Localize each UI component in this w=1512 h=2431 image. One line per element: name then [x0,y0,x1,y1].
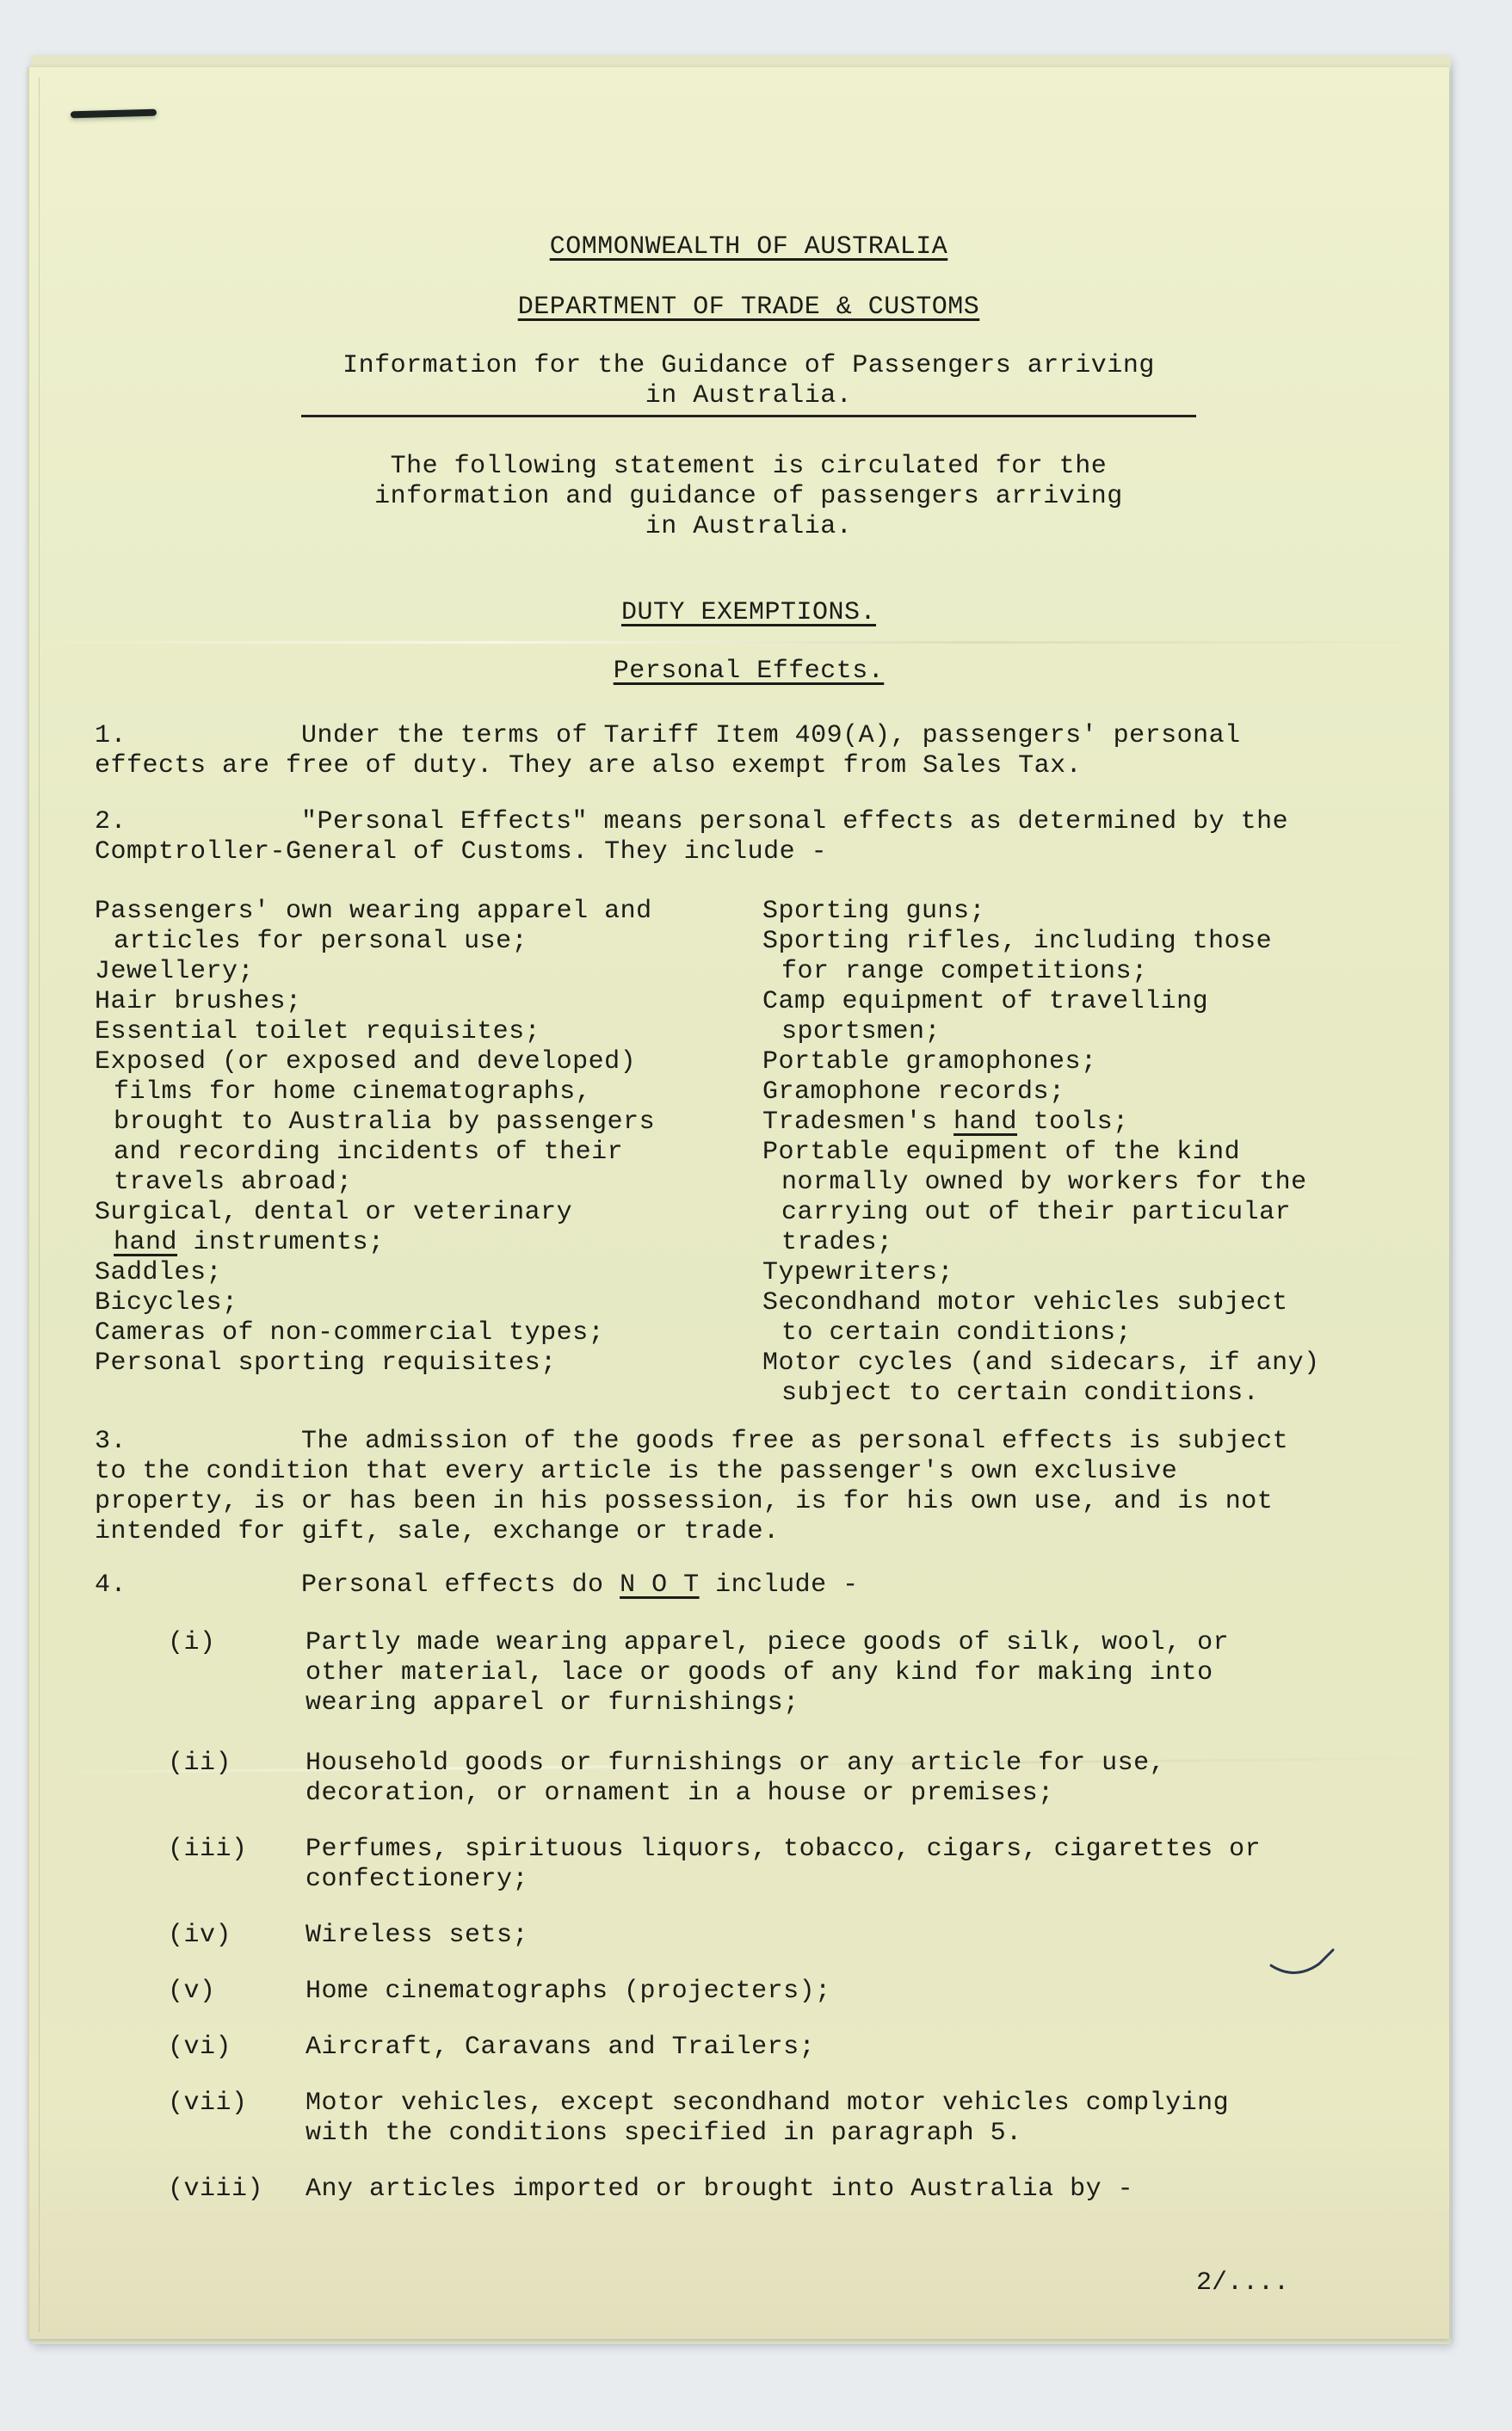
item-text-continued: for range competitions; [762,957,1416,987]
roman-numeral: (vi) [168,2033,305,2063]
paragraph-text: to the condition that every article is t… [95,1457,1403,1487]
excluded-item-text: Aircraft, Caravans and Trailers; [305,2033,1407,2063]
item-text-continued: travels abroad; [95,1168,766,1198]
line: confectionery; [305,1865,1407,1895]
roman-numeral: (viii) [168,2175,305,2205]
list-item: Sporting guns; [762,897,1416,927]
list-item: Cameras of non-commercial types; [95,1318,766,1348]
paragraph-number: 4. [95,1570,301,1601]
department-heading: DEPARTMENT OF TRADE & CUSTOMS [518,293,980,322]
item-text-continued: subject to certain conditions. [762,1379,1416,1409]
list-item: Surgical, dental or veterinary hand inst… [95,1198,766,1258]
item-text: Secondhand motor vehicles subject [762,1288,1288,1317]
excluded-item-text: Wireless sets; [305,1921,1407,1951]
underlined-word: hand [114,1228,177,1257]
list-item: Hair brushes; [95,987,766,1017]
intro-line-3: in Australia. [95,512,1403,542]
line: Partly made wearing apparel, piece goods… [305,1628,1407,1658]
item-text: Exposed (or exposed and developed) [95,1047,636,1077]
item-text: Gramophone records; [762,1077,1065,1107]
roman-numeral: (i) [168,1628,305,1718]
item-text: Essential toilet requisites; [95,1017,540,1046]
roman-numeral: (ii) [168,1749,305,1809]
item-text-continued: articles for personal use; [95,927,766,957]
roman-numeral: (v) [168,1977,305,2007]
intro-line-1: The following statement is circulated fo… [95,452,1403,482]
item-text: Hair brushes; [95,987,302,1016]
paragraph-text: "Personal Effects" means personal effect… [301,807,1288,836]
line: Aircraft, Caravans and Trailers; [305,2033,1407,2063]
list-item: Tradesmen's hand tools; [762,1108,1416,1138]
subsection-heading: Personal Effects. [95,657,1403,687]
paragraph-3: 3.The admission of the goods free as per… [95,1427,1403,1547]
paragraph-text: intended for gift, sale, exchange or tra… [95,1517,1403,1547]
paragraph-text: The admission of the goods free as perso… [301,1427,1288,1456]
excluded-item: (ii) Household goods or furnishings or a… [168,1749,1407,1809]
title-line-2: in Australia. [301,381,1196,417]
item-text: Sporting rifles, including those [762,927,1272,956]
item-text-continued: trades; [762,1228,1416,1258]
item-text-continued: sportsmen; [762,1017,1416,1047]
item-text: Sporting guns; [762,897,985,926]
section-heading: DUTY EXEMPTIONS. [95,598,1403,628]
underlined-word: hand [953,1108,1017,1137]
intro-statement: The following statement is circulated fo… [95,452,1403,542]
paragraph-text: Under the terms of Tariff Item 409(A), p… [301,721,1241,750]
list-item: Typewriters; [762,1258,1416,1288]
paragraph-number: 1. [95,721,301,751]
list-item: Exposed (or exposed and developed) films… [95,1047,766,1198]
list-item: Motor cycles (and sidecars, if any) subj… [762,1348,1416,1409]
paragraph-text: Personal effects do [301,1570,620,1600]
item-text-continued: carrying out of their particular [762,1198,1416,1228]
excluded-item: (v) Home cinematographs (projecters); [168,1977,1407,2007]
list-item: Portable gramophones; [762,1047,1416,1077]
list-item: Passengers' own wearing apparel and arti… [95,897,766,957]
item-text: tools; [1017,1108,1129,1137]
item-text-continued: and recording incidents of their [95,1138,766,1168]
document-title: Information for the Guidance of Passenge… [95,351,1403,417]
excluded-item: (vi) Aircraft, Caravans and Trailers; [168,2033,1407,2063]
item-text: Saddles; [95,1258,222,1287]
paragraph-text: effects are free of duty. They are also … [95,751,1403,781]
item-text: Typewriters; [762,1258,953,1287]
list-item: Camp equipment of travelling sportsmen; [762,987,1416,1047]
excluded-item: (i) Partly made wearing apparel, piece g… [168,1628,1407,1718]
line: Any articles imported or brought into Au… [305,2175,1407,2205]
item-text: Bicycles; [95,1288,238,1317]
paper-crease [28,641,1447,644]
item-text: Portable equipment of the kind [762,1138,1240,1167]
excluded-item: (iv) Wireless sets; [168,1921,1407,1951]
item-text-continued: films for home cinematographs, [95,1077,766,1108]
line: with the conditions specified in paragra… [305,2119,1407,2149]
excluded-item: (viii) Any articles imported or brought … [168,2175,1407,2205]
title-line-1: Information for the Guidance of Passenge… [95,351,1403,381]
paragraph-2: 2."Personal Effects" means personal effe… [95,807,1403,867]
header-country: COMMONWEALTH OF AUSTRALIA [95,232,1403,262]
roman-numeral: (vii) [168,2089,305,2149]
line: decoration, or ornament in a house or pr… [305,1779,1407,1809]
emphasis-not: N O T [620,1570,700,1600]
item-text: Passengers' own wearing apparel and [95,897,652,926]
line: Household goods or furnishings or any ar… [305,1749,1407,1779]
list-item: Saddles; [95,1258,766,1288]
item-text: Surgical, dental or veterinary [95,1198,572,1227]
line: Home cinematographs (projecters); [305,1977,1407,2007]
excluded-item: (vii) Motor vehicles, except secondhand … [168,2089,1407,2149]
excluded-item-text: Home cinematographs (projecters); [305,1977,1407,2007]
item-text: Jewellery; [95,957,254,986]
paragraph-number: 2. [95,807,301,837]
list-item: Portable equipment of the kind normally … [762,1138,1416,1258]
excluded-item-text: Motor vehicles, except secondhand motor … [305,2089,1407,2149]
country-heading: COMMONWEALTH OF AUSTRALIA [550,232,948,262]
item-text: Personal sporting requisites; [95,1348,557,1378]
item-text: Tradesmen's [762,1108,953,1137]
roman-numeral: (iv) [168,1921,305,1951]
excluded-item-text: Any articles imported or brought into Au… [305,2175,1407,2205]
item-text: Motor cycles (and sidecars, if any) [762,1348,1320,1378]
item-text: Cameras of non-commercial types; [95,1318,604,1348]
paragraph-number: 3. [95,1427,301,1457]
item-text-continued: brought to Australia by passengers [95,1108,766,1138]
line: Motor vehicles, except secondhand motor … [305,2089,1407,2119]
paragraph-text: include - [700,1570,859,1600]
roman-numeral: (iii) [168,1835,305,1895]
pen-tick-mark-icon [1269,1947,1338,1981]
line: Perfumes, spirituous liquors, tobacco, c… [305,1835,1407,1865]
paragraph-text: property, is or has been in his possessi… [95,1487,1403,1517]
list-item: Gramophone records; [762,1077,1416,1108]
list-item: Personal sporting requisites; [95,1348,766,1379]
line: other material, lace or goods of any kin… [305,1658,1407,1688]
item-text: Portable gramophones; [762,1047,1097,1077]
item-text-continued: normally owned by workers for the [762,1168,1416,1198]
page-continuation-marker: 2/.... [1196,2268,1289,2298]
personal-effects-heading: Personal Effects. [614,657,885,686]
paragraph-4: 4.Personal effects do N O T include - [95,1570,1403,1601]
included-items-left: Passengers' own wearing apparel and arti… [95,897,766,1379]
paragraph-1: 1.Under the terms of Tariff Item 409(A),… [95,721,1403,781]
list-item: Bicycles; [95,1288,766,1318]
included-items-right: Sporting guns; Sporting rifles, includin… [762,897,1416,1409]
list-item: Sporting rifles, including those for ran… [762,927,1416,987]
list-item: Essential toilet requisites; [95,1017,766,1047]
list-item: Secondhand motor vehicles subject to cer… [762,1288,1416,1348]
item-text-continued: hand instruments; [95,1228,766,1258]
excluded-item: (iii) Perfumes, spirituous liquors, toba… [168,1835,1407,1895]
page-edge-fold [39,77,40,2332]
line: wearing apparel or furnishings; [305,1688,1407,1718]
excluded-item-text: Perfumes, spirituous liquors, tobacco, c… [305,1835,1407,1895]
paragraph-text: Comptroller-General of Customs. They inc… [95,837,1403,867]
item-text: instruments; [177,1228,385,1257]
line: Wireless sets; [305,1921,1407,1951]
header-department: DEPARTMENT OF TRADE & CUSTOMS [95,293,1403,323]
item-text: Camp equipment of travelling [762,987,1208,1016]
excluded-item-text: Partly made wearing apparel, piece goods… [305,1628,1407,1718]
intro-line-2: information and guidance of passengers a… [95,482,1403,512]
duty-exemptions-heading: DUTY EXEMPTIONS. [621,598,876,627]
item-text-continued: to certain conditions; [762,1318,1416,1348]
excluded-item-text: Household goods or furnishings or any ar… [305,1749,1407,1809]
list-item: Jewellery; [95,957,766,987]
